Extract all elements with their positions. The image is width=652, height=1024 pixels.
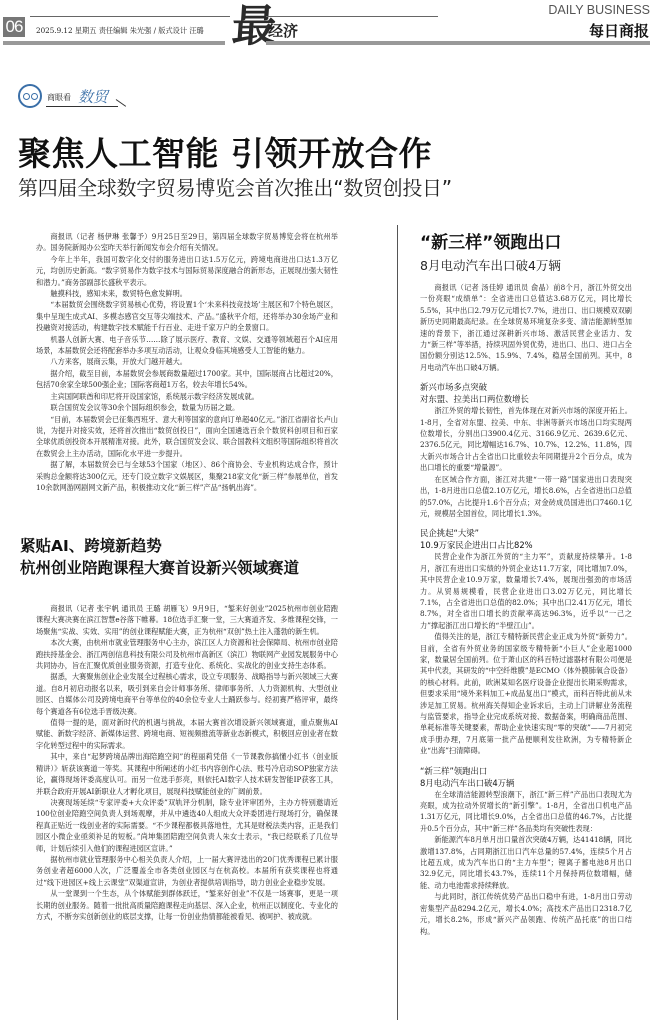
paper-name: 每日商报 xyxy=(589,20,649,41)
article3-headline: “新三样”领跑出口 8月电动汽车出口破4万辆 xyxy=(420,228,561,274)
article1-paragraph: 联合国贸发会议等30余个国际组织参会，数量为历届之最。 xyxy=(36,402,338,413)
article3-body: 商报讯（记者 汤佳婷 通讯员 俞晶）前8个月，浙江外贸交出一份亮眼“成绩单”：全… xyxy=(420,282,632,937)
article3-intro: 商报讯（记者 汤佳婷 通讯员 俞晶）前8个月，浙江外贸交出一份亮眼“成绩单”：全… xyxy=(420,282,632,373)
article1-subtitle: 第四届全球数字贸易博览会首次推出“数贸创投日” xyxy=(18,172,452,201)
article1-paragraph: 八方来客，展商云集，开放大门越开越大。 xyxy=(36,356,338,367)
article3-paragraph: 在全球清洁能源转型浪潮下，浙江“新三样”产品出口表现尤为亮眼，成为拉动外贸增长的… xyxy=(420,789,632,835)
section-heading: 新兴市场多点突破 xyxy=(420,381,632,393)
masthead-rule-top-left xyxy=(30,16,230,17)
article3-subtitle: 8月电动汽车出口破4万辆 xyxy=(420,256,561,274)
masthead: 06 2025.9.12 星期五 责任编辑 朱光强 / 版式设计 汪璐 最 经济… xyxy=(0,0,652,60)
column-badge: 商眼看 数贸 xyxy=(16,83,126,109)
article2-paragraph: 本次大赛，由杭州市就业管理服务中心主办，滨江区人力资源和社会保障局、杭州市创业陪… xyxy=(36,637,338,671)
section-subheading: 对东盟、拉美出口两位数增长 xyxy=(420,393,632,405)
article1-title: 聚焦人工智能 引领开放合作 xyxy=(18,128,432,175)
section-name: 经济 xyxy=(268,20,298,41)
article2-title-line2: 杭州创业陪跑课程大赛首设新兴领域赛道 xyxy=(20,557,299,579)
article3-paragraph: 新能源汽车8月单月出口量首次突破4万辆，达41418辆，同比激增137.8%，占… xyxy=(420,834,632,891)
section-subheading: 10.9万家民企进出口占比82% xyxy=(420,539,632,551)
page-number: 06 xyxy=(3,17,25,37)
article2-paragraph: 值得一提的是，面对新时代的机遇与挑战，本届大赛首次增设新兴领域赛道，重点聚焦AI… xyxy=(36,717,338,751)
masthead-rule-bottom-left xyxy=(3,41,225,45)
article3-paragraph: 民营企业作为浙江外贸的“主力军”，贡献度持续攀升。1-8月，浙江有进出口实绩的外… xyxy=(420,551,632,631)
article1-body: 商报讯（记者 杨伊琳 张馨予）9月25日至29日，第四届全球数字贸易博览会将在杭… xyxy=(36,231,338,493)
article3-title: “新三样”领跑出口 xyxy=(420,228,561,253)
article1-paragraph: 据介绍，截至目前，本届数贸会参展商数量超过1700家。其中，国际展商占比超过20… xyxy=(36,368,338,391)
article2-title-line1: 紧贴AI、跨境新趋势 xyxy=(20,535,299,557)
article3-paragraph: 与此同时，浙江传统优势产品出口稳中有进，1-8月出口劳动密集型产品8294.2亿… xyxy=(420,891,632,937)
article1-paragraph: 触摸科技，感知未来，数贸特色愈发鲜明。 xyxy=(36,288,338,299)
english-paper-name: DAILY BUSINESS xyxy=(548,3,650,17)
article1-paragraph: 商报讯（记者 杨伊琳 张馨予）9月25日至29日，第四届全球数字贸易博览会将在杭… xyxy=(36,231,338,254)
article1-paragraph: 今年上半年，我国可数字化交付的服务进出口达1.5万亿元，跨境电商进出口达1.3万… xyxy=(36,254,338,288)
glasses-lens-left xyxy=(23,93,30,100)
article2-paragraph: 商报讯（记者 张宇帆 通讯员 王璐 胡雁飞）9月9日，“錾来好创业”2025杭州… xyxy=(36,603,338,637)
article1-paragraph: 据了解，本届数贸会已与全球53个国家（地区）、86个商协会、专业机构达成合作，预… xyxy=(36,459,338,493)
article1-paragraph: 机器人创新大赛、电子音乐节……除了展示医疗、教育、文娱、交通等领域超百个AI应用… xyxy=(36,334,338,357)
article1-paragraph: “目前，本届数贸会已征集西班牙、意大利等国家的意向订单超40亿元。”浙江省副省长… xyxy=(36,414,338,460)
masthead-rule-top-right xyxy=(266,16,438,17)
article2-body: 商报讯（记者 张宇帆 通讯员 王璐 胡雁飞）9月9日，“錾来好创业”2025杭州… xyxy=(36,603,338,922)
article2-paragraph: 据杭州市就业管理服务中心相关负责人介绍，上一届大赛评选出的20门优秀课程已累计服… xyxy=(36,854,338,888)
article2-headline: 紧贴AI、跨境新趋势 杭州创业陪跑课程大赛首设新兴领域赛道 xyxy=(20,535,299,579)
section-subheading: 8月电动汽车出口破4万辆 xyxy=(420,777,632,789)
article2-paragraph: 从一堂课到一个生态，从个体赋能到群体跃迁，“錾来好创业”不仅是一场赛事，更是一项… xyxy=(36,888,338,922)
article1-paragraph: “本届数贸会围绕数字贸易核心优势，将设置1个‘未来科技竞技场’主展区和7个特色展… xyxy=(36,299,338,333)
article3-paragraph: 值得关注的是，浙江专精特新民营企业正成为外贸“新势力”。目前，全省有外贸业务的国… xyxy=(420,631,632,756)
masthead-rule-bottom-right xyxy=(266,41,650,45)
issue-line: 2025.9.12 星期五 责任编辑 朱光强 / 版式设计 汪璐 xyxy=(36,26,204,36)
glasses-lens-right xyxy=(31,93,38,100)
section-heading: 民企挑起“大梁” xyxy=(420,527,632,539)
column-badge-underline xyxy=(46,106,118,107)
article1-paragraph: 主宾国阿联酋和印尼将开设国家馆，系统展示数字经济发展成就。 xyxy=(36,391,338,402)
article3-paragraph: 浙江外贸的增长韧性，首先体现在对新兴市场的深度开拓上。1-8月，全省对东盟、拉美… xyxy=(420,405,632,473)
column-divider xyxy=(397,225,398,1020)
article2-paragraph: 其中，来自“起梦跨境品牌出海陪跑空间”的程丽莉凭借《一节课教你搞懂小红书（创业版… xyxy=(36,751,338,797)
article2-paragraph: 决赛现场延续“专家评委+大众评委”双轨评分机制，除专业评审团外，主办方特别邀请近… xyxy=(36,797,338,854)
article3-paragraph: 在区域合作方面，浙江对共建“一带一路”国家进出口表现突出，1-8月进出口总值2.… xyxy=(420,474,632,520)
glasses-icon xyxy=(18,84,42,108)
section-heading: “新三样”领跑出口 xyxy=(420,765,632,777)
column-badge-small-text: 商眼看 xyxy=(47,92,71,103)
article2-paragraph: 据悉，大赛聚焦创业企业发展全过程核心需求，设立专项服务、战略指导与新兴领域三大赛… xyxy=(36,671,338,717)
column-badge-big-text: 数贸 xyxy=(78,86,108,107)
